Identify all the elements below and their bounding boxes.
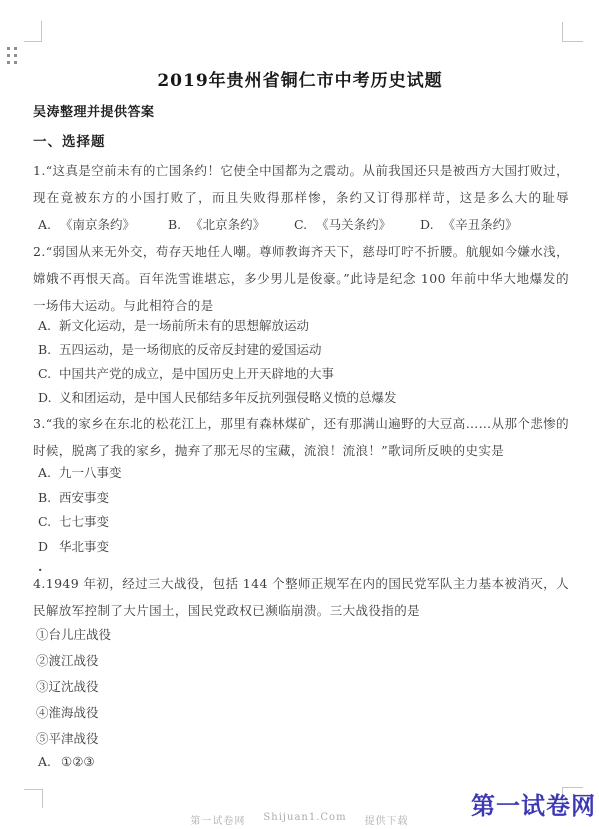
question-1-stem: 1.“这真是空前未有的亡国条约！它使全中国都为之震动。从前我国还只是被西方大国打… [33,157,569,211]
q2-option-d: D.义和团运动，是中国人民郁结多年反抗列强侵略义愤的总爆发 [38,386,568,410]
question-3-options: A.九一八事变 B.西安事变 C.七七事变 D华北事变 . [38,461,568,575]
document-page: 2019年贵州省铜仁市中考历史试题 吴涛整理并提供答案 一、选择题 1.“这真是… [0,0,599,829]
q2-option-a-label: A. [38,314,59,338]
crop-mark-bottom-left-icon [24,789,43,808]
q2-option-b-label: B. [38,338,59,362]
q1-option-a-label: A. [38,217,51,232]
question-1-options: A.《南京条约》 B.《北京条约》 C.《马关条约》 D.《辛丑条约》 [33,211,569,238]
footer-download-hint: 提供下载 [365,812,409,827]
q1-option-b-text: 《北京条约》 [190,217,265,232]
byline: 吴涛整理并提供答案 [33,101,155,120]
q3-option-d-text: 华北事变 [59,539,109,554]
q2-option-a-text: 新文化运动，是一场前所未有的思想解放运动 [59,318,309,333]
q3-option-b-label: B. [38,486,59,511]
q2-option-c-label: C. [38,362,59,386]
q3-option-d: D华北事变 [38,535,568,560]
q3-option-c-text: 七七事变 [59,514,109,529]
q3-option-c: C.七七事变 [38,510,568,535]
q3-option-a-text: 九一八事变 [59,465,122,480]
question-2-stem: 2.“弱国从来无外交，苟存天地任人嘲。尊师教诲齐天下，慈母叮咛不折腰。航舰如今嫌… [33,238,569,319]
q4-item-1: ①台儿庄战役 [36,622,566,648]
q1-option-a-text: 《南京条约》 [60,217,135,232]
q1-option-d-label: D. [420,217,434,232]
q1-option-d: D.《辛丑条约》 [420,211,518,238]
q1-option-d-text: 《辛丑条约》 [443,217,518,232]
q2-option-c: C.中国共产党的成立，是中国历史上开天辟地的大事 [38,362,568,386]
q4-item-3: ③辽沈战役 [36,674,566,700]
q3-option-a-label: A. [38,461,59,486]
question-4-items: ①台儿庄战役 ②渡江战役 ③辽沈战役 ④淮海战役 ⑤平津战役 [36,622,566,752]
q1-option-c: C.《马关条约》 [294,211,391,238]
q1-option-b-label: B. [168,217,181,232]
q1-option-b: B.《北京条约》 [168,211,265,238]
footer-site-name: 第一试卷网 [190,812,245,827]
q3-option-d-label: D [38,535,59,560]
crop-mark-top-right-icon [562,22,583,42]
q4-option-a-text: ①②③ [61,754,95,769]
question-4-stem: 4.1949 年初，经过三大战役，包括 144 个整师正规军在内的国民党军队主力… [33,570,569,624]
q4-item-4: ④淮海战役 [36,700,566,726]
q4-option-a: A.①②③ [38,748,95,775]
question-2-options: A.新文化运动，是一场前所未有的思想解放运动 B.五四运动，是一场彻底的反帝反封… [38,314,568,410]
q2-option-b-text: 五四运动，是一场彻底的反帝反封建的爱国运动 [59,342,322,357]
footer-site-url: Shijuan1.Com [263,812,346,827]
site-watermark: 第一试卷网 [471,786,596,821]
q2-option-d-label: D. [38,386,59,410]
page-title: 2019年贵州省铜仁市中考历史试题 [33,66,567,91]
q2-option-d-text: 义和团运动，是中国人民郁结多年反抗列强侵略义愤的总爆发 [59,390,397,405]
q2-option-c-text: 中国共产党的成立，是中国历史上开天辟地的大事 [59,366,334,381]
q4-item-2: ②渡江战役 [36,648,566,674]
drag-handle-icon[interactable] [7,47,17,64]
q4-item-5: ⑤平津战役 [36,726,566,752]
q2-option-b: B.五四运动，是一场彻底的反帝反封建的爱国运动 [38,338,568,362]
q3-option-b: B.西安事变 [38,486,568,511]
section-heading: 一、选择题 [33,130,106,150]
q1-option-a: A.《南京条约》 [38,211,135,238]
crop-mark-top-left-icon [24,21,42,42]
q1-option-c-label: C. [294,217,307,232]
q3-option-c-label: C. [38,510,59,535]
q3-option-b-text: 西安事变 [59,490,109,505]
q1-option-c-text: 《马关条约》 [316,217,391,232]
q3-option-a: A.九一八事变 [38,461,568,486]
q2-option-a: A.新文化运动，是一场前所未有的思想解放运动 [38,314,568,338]
question-3-stem: 3.“我的家乡在东北的松花江上，那里有森林煤矿，还有那满山遍野的大豆高……从那个… [33,410,569,464]
q4-option-a-label: A. [38,754,51,769]
